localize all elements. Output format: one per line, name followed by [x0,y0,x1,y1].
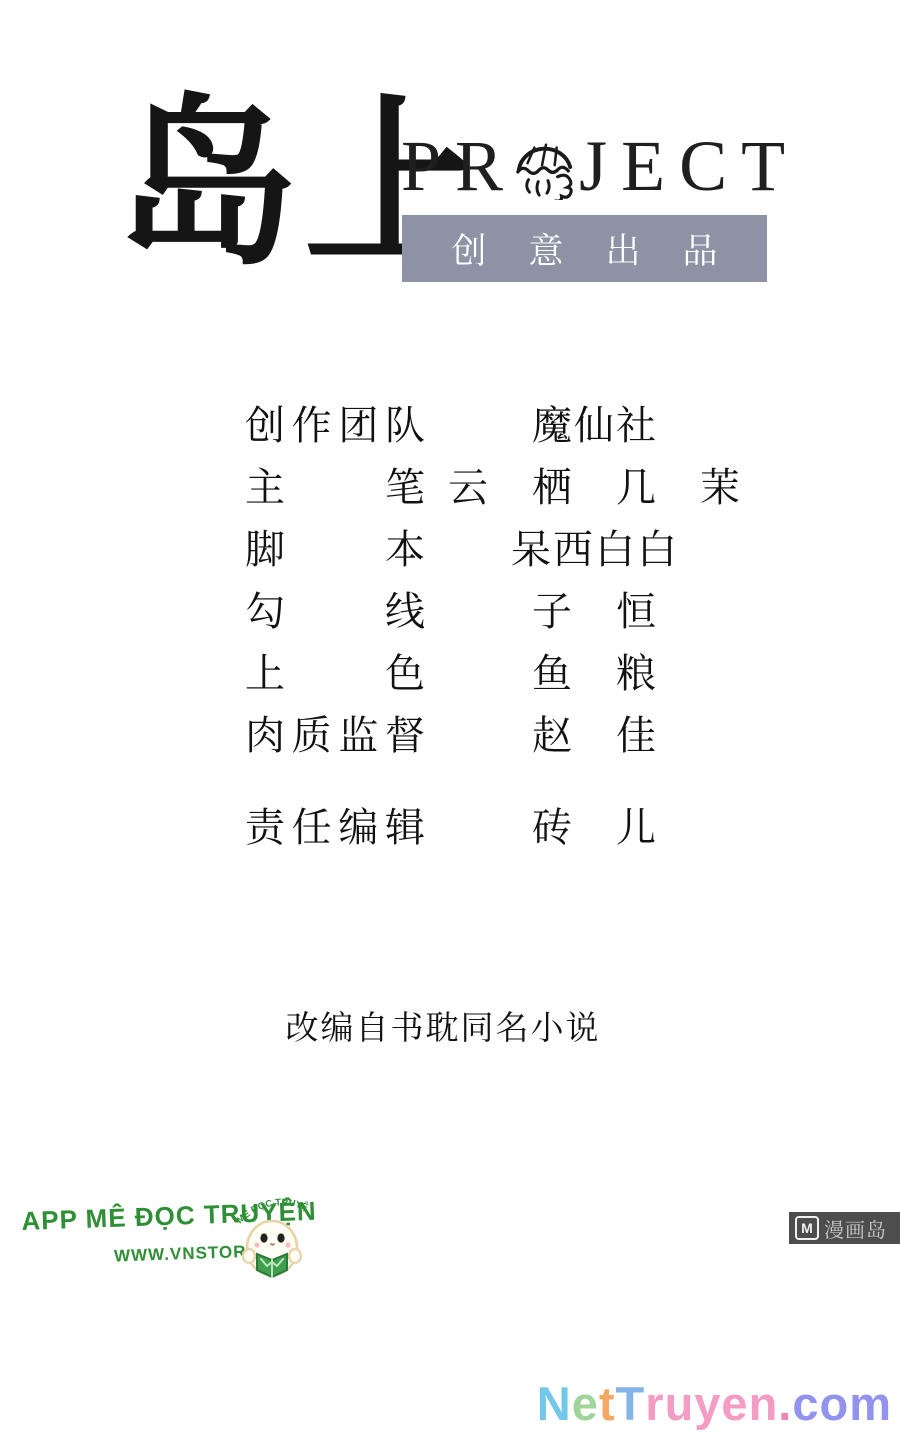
reading-bunny-mascot-icon: MÊ ĐỌC TRUYỆN [226,1186,318,1287]
m-logo-icon: M [795,1216,819,1240]
project-wordmark: PR JECT [401,126,773,205]
project-text-right: JECT [579,127,799,205]
manhuadao-watermark: M 漫画岛 [789,1212,900,1244]
credit-row: 肉质监督 赵 佳 [245,716,765,757]
credits-list: 创作团队 魔仙社 主笔 云 栖 几 茉 脚本 呆西白白 勾线 子 恒 上色 鱼 … [245,406,765,870]
credit-name: 赵 佳 [425,716,765,757]
nettruyen-letter: m [849,1376,892,1431]
credit-row: 脚本 呆西白白 [245,530,765,571]
comic-credits-page: { "page": {"width": 900, "height": 1435,… [0,0,900,1435]
nettruyen-letter: n [749,1376,779,1431]
nettruyen-letter: N [537,1376,572,1431]
credit-role: 上色 [245,654,425,695]
nettruyen-letter: T [616,1376,646,1431]
vnstory-watermark: APP MÊ ĐỌC TRUYỆN WWW.VNSTORY.XYZ MÊ ĐỌC… [22,1206,322,1296]
credit-name: 砖 儿 [425,808,765,849]
credit-row: 主笔 云 栖 几 茉 [245,468,765,509]
nettruyen-letter: u [665,1376,695,1431]
nettruyen-letter: o [819,1376,849,1431]
credit-role: 创作团队 [245,406,425,447]
nettruyen-watermark: NetTruyen.com [537,1376,892,1431]
nettruyen-letter: . [778,1376,792,1431]
nettruyen-letter: e [572,1376,599,1431]
credit-role: 主笔 [245,468,425,509]
creative-banner: 创意出品 [402,215,767,282]
credit-row: 勾线 子 恒 [245,592,765,633]
jellyfish-icon [511,136,579,215]
credit-name: 呆西白白 [425,530,765,571]
credit-name: 鱼 粮 [425,654,765,695]
nettruyen-letter: c [792,1376,819,1431]
project-text-left: PR [401,127,517,205]
credit-role: 勾线 [245,592,425,633]
credit-name: 魔仙社 [425,406,765,447]
adaptation-note: 改编自书耽同名小说 [0,1002,886,1049]
credit-row: 上色 鱼 粮 [245,654,765,695]
banner-label: 创意出品 [451,224,759,274]
nettruyen-letter: r [645,1376,664,1431]
nettruyen-letter: t [599,1376,616,1431]
credit-row: 创作团队 魔仙社 [245,406,765,447]
credit-role: 责任编辑 [245,808,425,849]
credit-role: 肉质监督 [245,716,425,757]
credit-name: 云 栖 几 茉 [425,468,765,509]
credit-role: 脚本 [245,530,425,571]
nettruyen-letter: e [721,1376,748,1431]
credit-row: 责任编辑 砖 儿 [245,808,765,849]
nettruyen-letter: y [694,1376,721,1431]
manhuadao-label: 漫画岛 [824,1214,887,1243]
credit-name: 子 恒 [425,592,765,633]
